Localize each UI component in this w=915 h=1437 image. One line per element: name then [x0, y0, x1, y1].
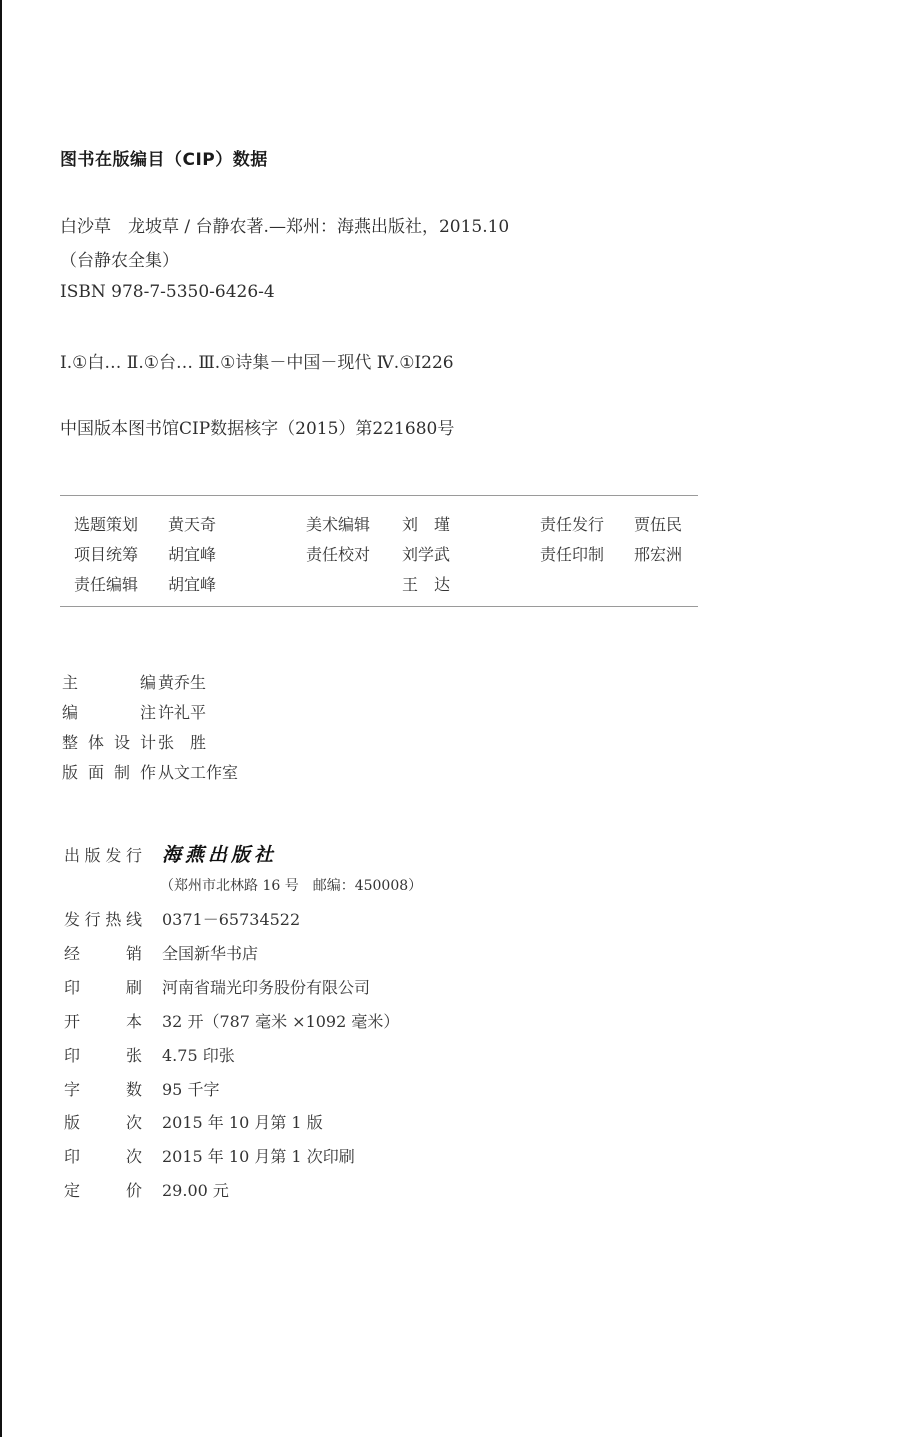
page-left-border	[0, 0, 2, 1437]
staff-role: 项目统筹	[74, 542, 138, 565]
pub-label: 字数	[64, 1077, 142, 1100]
credit-value: 许礼平	[158, 700, 206, 723]
pub-label: 版次	[64, 1110, 142, 1133]
pub-row-printer: 印刷河南省瑞光印务股份有限公司	[64, 975, 370, 998]
pub-label: 经销	[64, 941, 142, 964]
cip-classification: Ⅰ.①白… Ⅱ.①台… Ⅲ.①诗集－中国－现代 Ⅳ.①I226	[60, 348, 454, 373]
credit-label: 编注	[62, 700, 156, 723]
pub-row-printing: 印次2015 年 10 月第 1 次印刷	[64, 1144, 355, 1167]
credit-row-layout: 版面制作从文工作室	[62, 760, 238, 783]
pub-value: 2015 年 10 月第 1 版	[162, 1110, 323, 1133]
credit-row-chief-editor: 主编黄乔生	[62, 670, 206, 693]
staff-name: 刘学武	[402, 542, 450, 565]
pub-value: 0371－65734522	[162, 907, 300, 930]
cip-heading: 图书在版编目（CIP）数据	[60, 145, 268, 170]
pub-row-hotline: 发行热线0371－65734522	[64, 907, 300, 930]
pub-label: 印张	[64, 1043, 142, 1066]
staff-role: 美术编辑	[306, 512, 370, 535]
staff-bottom-rule	[60, 606, 698, 607]
pub-label: 发行热线	[64, 907, 142, 930]
staff-name: 王 达	[402, 572, 450, 595]
pub-row-edition: 版次2015 年 10 月第 1 版	[64, 1110, 323, 1133]
staff-role: 选题策划	[74, 512, 138, 535]
publisher-label: 出版发行	[64, 843, 142, 866]
staff-role: 责任发行	[540, 512, 604, 535]
credit-value: 张 胜	[158, 730, 206, 753]
staff-role: 责任编辑	[74, 572, 138, 595]
credit-value: 黄乔生	[158, 670, 206, 693]
cip-series: （台静农全集）	[60, 246, 179, 271]
staff-name: 黄天奇	[168, 512, 216, 535]
pub-label: 开本	[64, 1009, 142, 1032]
pub-value: 2015 年 10 月第 1 次印刷	[162, 1144, 355, 1167]
cip-record-number: 中国版本图书馆CIP数据核字（2015）第221680号	[60, 414, 454, 439]
pub-label: 印刷	[64, 975, 142, 998]
pub-value: 95 千字	[162, 1077, 219, 1100]
staff-top-rule	[60, 495, 698, 496]
pub-row-distributor: 经销全国新华书店	[64, 941, 258, 964]
staff-name: 胡宜峰	[168, 542, 216, 565]
staff-name: 邢宏洲	[634, 542, 682, 565]
pub-label: 定价	[64, 1178, 142, 1201]
staff-role: 责任校对	[306, 542, 370, 565]
staff-name: 胡宜峰	[168, 572, 216, 595]
credit-label: 主编	[62, 670, 156, 693]
cip-isbn: ISBN 978-7-5350-6426-4	[60, 282, 275, 302]
pub-row-format: 开本32 开（787 毫米 ×1092 毫米）	[64, 1009, 399, 1032]
staff-role: 责任印制	[540, 542, 604, 565]
pub-value: 河南省瑞光印务股份有限公司	[162, 975, 370, 998]
credit-value: 从文工作室	[158, 760, 238, 783]
staff-name: 贾伍民	[634, 512, 682, 535]
publisher-logo: 海燕出版社	[162, 840, 277, 867]
pub-row-sheets: 印张4.75 印张	[64, 1043, 235, 1066]
credit-row-annotator: 编注许礼平	[62, 700, 206, 723]
pub-value: 4.75 印张	[162, 1043, 235, 1066]
pub-row-word-count: 字数95 千字	[64, 1077, 219, 1100]
pub-row-price: 定价29.00 元	[64, 1178, 229, 1201]
pub-value: 29.00 元	[162, 1178, 229, 1201]
credit-label: 整体设计	[62, 730, 156, 753]
pub-value: 32 开（787 毫米 ×1092 毫米）	[162, 1009, 399, 1032]
publisher-row: 出版发行海燕出版社	[64, 840, 277, 867]
credit-row-design: 整体设计张 胜	[62, 730, 206, 753]
staff-name: 刘 瑾	[402, 512, 450, 535]
pub-label: 印次	[64, 1144, 142, 1167]
publisher-address: （郑州市北林路 16 号 邮编：450008）	[160, 875, 422, 895]
cip-bibliographic-line: 白沙草 龙坡草 / 台静农著.—郑州：海燕出版社，2015.10	[60, 212, 509, 237]
pub-value: 全国新华书店	[162, 941, 258, 964]
credit-label: 版面制作	[62, 760, 156, 783]
